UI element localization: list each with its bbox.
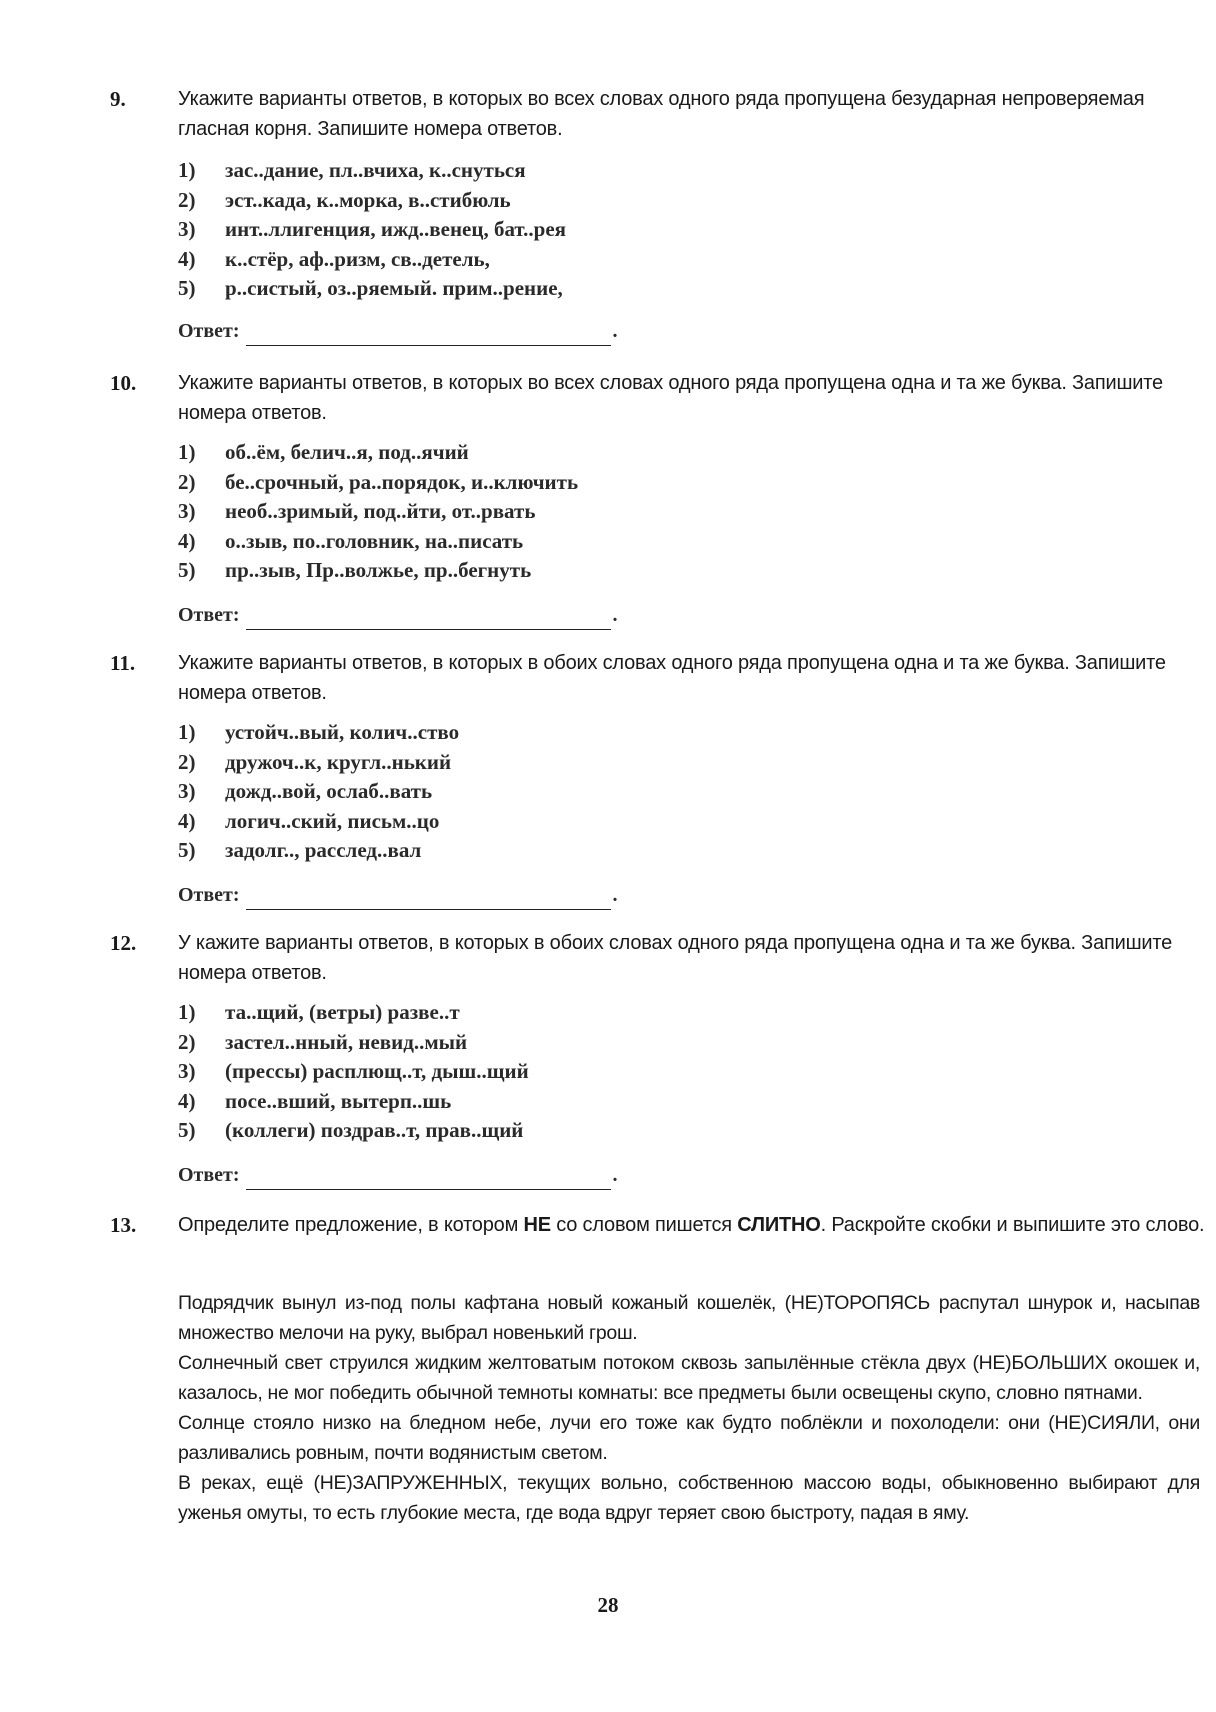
option: 3)дожд..вой, ослаб..вать [178,777,459,807]
option: 5)(коллеги) поздрав..т, прав..щий [178,1116,529,1146]
option: 3)(прессы) расплющ..т, дыш..щий [178,1057,529,1087]
page-number: 28 [0,1593,1216,1618]
task-number: 9. [110,84,126,114]
task-number: 10. [110,368,136,398]
option: 3)инт..ллигенция, ижд..венец, бат..рея [178,215,566,245]
passage-sentence: Солнечный свет струился жидким желтоваты… [178,1348,1200,1408]
answer-label: Ответ: [178,600,240,630]
options-list: 1)та..щий, (ветры) разве..т 2)застел..нн… [178,998,529,1146]
emphasis-slitno: СЛИТНО [737,1214,820,1236]
options-list: 1)устойч..вый, колич..ство 2)дружоч..к, … [178,718,459,866]
answer-label: Ответ: [178,316,240,346]
option: 4)к..стёр, аф..ризм, св..детель, [178,245,566,275]
emphasis-ne: НЕ [524,1214,551,1236]
answer-field[interactable]: Ответ: . [178,1160,618,1190]
option: 1)устойч..вый, колич..ство [178,718,459,748]
answer-label: Ответ: [178,1160,240,1190]
options-list: 1)об..ём, белич..я, под..ячий 2)бе..сроч… [178,438,578,586]
task-stem: У кажите варианты ответов, в которых в о… [178,928,1210,988]
option: 5)пр..зыв, Пр..волжье, пр..бегнуть [178,556,578,586]
passage-sentence: Подрядчик вынул из-под полы кафтана новы… [178,1288,1200,1348]
task-stem: Укажите варианты ответов, в которых во в… [178,368,1210,428]
option: 3)необ..зримый, под..йти, от..рвать [178,497,578,527]
option: 2)дружоч..к, кругл..нький [178,748,459,778]
option: 4)посе..вший, вытерп..шь [178,1087,529,1117]
option: 5)р..систый, оз..ряемый. прим..рение, [178,274,566,304]
answer-label: Ответ: [178,880,240,910]
option: 1)та..щий, (ветры) разве..т [178,998,529,1028]
option: 4)о..зыв, по..головник, на..писать [178,527,578,557]
option: 2)застел..нный, невид..мый [178,1028,529,1058]
passage-sentence: Солнце стояло низко на бледном небе, луч… [178,1408,1200,1468]
passage-sentence: В реках, ещё (НЕ)ЗАПРУЖЕННЫХ, текущих во… [178,1468,1200,1528]
task-13-passage: Подрядчик вынул из-под полы кафтана новы… [178,1288,1200,1528]
task-number: 13. [110,1210,136,1240]
option: 2)эст..када, к..морка, в..стибюль [178,186,566,216]
task-number: 12. [110,928,136,958]
task-stem: Укажите варианты ответов, в которых в об… [178,648,1210,708]
option: 4)логич..ский, письм..цо [178,807,459,837]
answer-line[interactable] [246,1167,611,1190]
task-stem: Определите предложение, в котором НЕ со … [178,1210,1210,1240]
option: 1)об..ём, белич..я, под..ячий [178,438,578,468]
answer-field[interactable]: Ответ: . [178,600,618,630]
options-list: 1)зас..дание, пл..вчиха, к..снуться 2)эс… [178,156,566,304]
option: 1)зас..дание, пл..вчиха, к..снуться [178,156,566,186]
answer-field[interactable]: Ответ: . [178,880,618,910]
answer-line[interactable] [246,323,611,346]
option: 5)задолг.., расслед..вал [178,836,459,866]
answer-line[interactable] [246,607,611,630]
task-number: 11. [110,648,135,678]
option: 2)бе..срочный, ра..порядок, и..ключить [178,468,578,498]
answer-field[interactable]: Ответ: . [178,316,618,346]
answer-line[interactable] [246,887,611,910]
task-stem: Укажите варианты ответов, в которых во в… [178,84,1210,144]
exam-page: 9. Укажите варианты ответов, в которых в… [0,0,1216,1712]
